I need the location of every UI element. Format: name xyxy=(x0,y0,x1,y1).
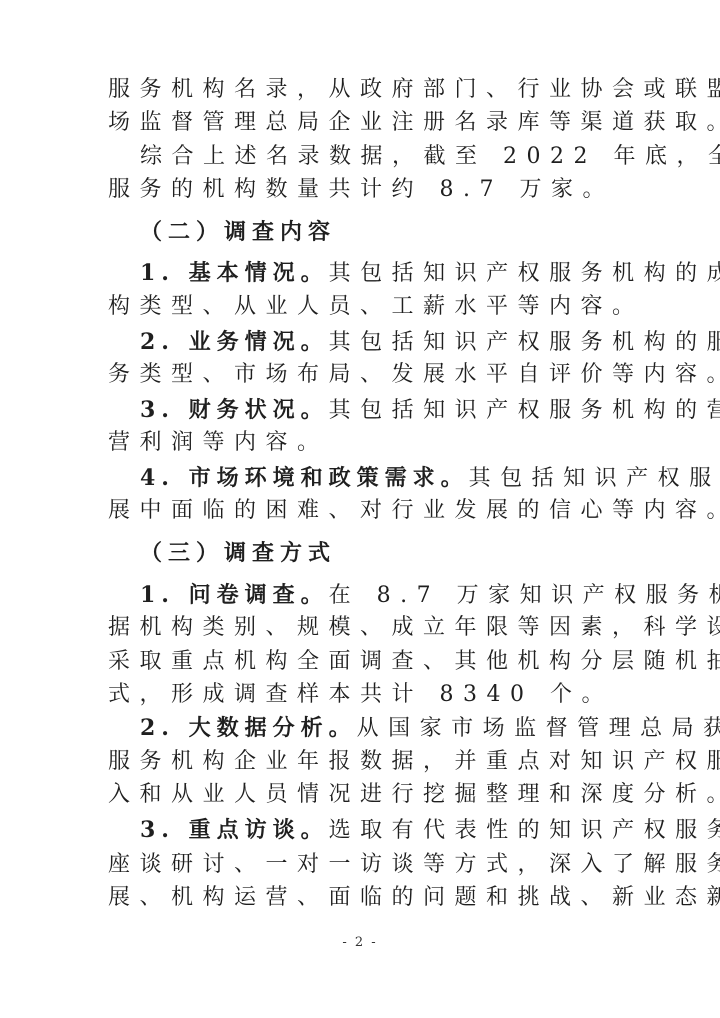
item-text: 选取有代表性的知识产权服务机构，通过 xyxy=(329,818,720,843)
text-line: 务类型、市场布局、发展水平自评价等内容。 xyxy=(108,358,720,392)
item-lead: 4. 市场环境和政策需求。 xyxy=(140,465,469,491)
item-text: 其包括知识产权服务机构的成立年限、机 xyxy=(329,261,720,286)
item-lead: 1. 基本情况。 xyxy=(140,260,329,286)
page-number: - 2 - xyxy=(0,935,720,950)
item-text: 从国家市场监督管理总局获取知识产权 xyxy=(357,716,720,741)
text-line: 展中面临的困难、对行业发展的信心等内容。 xyxy=(108,494,720,528)
list-item-questionnaire: 1. 问卷调查。在 8.7 万家知识产权服务机构名录中，根 xyxy=(140,578,720,612)
text-line: 构类型、从业人员、工薪水平等内容。 xyxy=(108,290,644,324)
list-item-interviews: 3. 重点访谈。选取有代表性的知识产权服务机构，通过 xyxy=(140,813,720,847)
item-lead: 2. 大数据分析。 xyxy=(140,715,357,741)
list-item-big-data: 2. 大数据分析。从国家市场监督管理总局获取知识产权 xyxy=(140,711,720,745)
text-line: 服务机构企业年报数据，并重点对知识产权服务机构营业收 xyxy=(108,745,720,779)
text-line: 场监督管理总局企业注册名录库等渠道获取。 xyxy=(108,106,720,140)
text-line: 入和从业人员情况进行挖掘整理和深度分析。 xyxy=(108,778,720,812)
list-item-basic-info: 1. 基本情况。其包括知识产权服务机构的成立年限、机 xyxy=(140,256,720,290)
list-item-business-info: 2. 业务情况。其包括知识产权服务机构的服务范围、业 xyxy=(140,325,720,359)
item-text: 其包括知识产权服务机构的营业收入、经 xyxy=(329,398,720,423)
item-text: 其包括知识产权服务机构的服务范围、业 xyxy=(329,330,720,355)
document-page: 服务机构名录，从政府部门、行业协会或联盟，以及国家市 场监督管理总局企业注册名录… xyxy=(0,0,720,1018)
list-item-market-policy: 4. 市场环境和政策需求。其包括知识产权服务机构在发 xyxy=(140,461,720,495)
text-line: 展、机构运营、面临的问题和挑战、新业态新模式发展等内 xyxy=(108,881,720,915)
item-text: 其包括知识产权服务机构在发 xyxy=(469,466,720,491)
text-line: 服务的机构数量共计约 8.7 万家。 xyxy=(108,173,614,207)
list-item-financial-status: 3. 财务状况。其包括知识产权服务机构的营业收入、经 xyxy=(140,393,720,427)
text-line: 综合上述名录数据，截至 2022 年底，全国从事知识产权 xyxy=(140,140,720,174)
text-line: 据机构类别、规模、成立年限等因素，科学设计抽样方案， xyxy=(108,611,720,645)
section-heading-survey-methods: （三）调查方式 xyxy=(140,536,336,570)
text-line: 营利润等内容。 xyxy=(108,426,329,460)
item-lead: 3. 重点访谈。 xyxy=(140,817,329,843)
item-lead: 3. 财务状况。 xyxy=(140,397,329,423)
text-line: 座谈研讨、一对一访谈等方式，深入了解服务机构的业务开 xyxy=(108,848,720,882)
text-line: 式，形成调查样本共计 8340 个。 xyxy=(108,678,613,712)
item-lead: 1. 问卷调查。 xyxy=(140,582,329,608)
item-lead: 2. 业务情况。 xyxy=(140,329,329,355)
text-line: 服务机构名录，从政府部门、行业协会或联盟，以及国家市 xyxy=(108,73,720,107)
item-text: 在 8.7 万家知识产权服务机构名录中，根 xyxy=(329,583,720,608)
text-line: 采取重点机构全面调查、其他机构分层随机抽样相结合的方 xyxy=(108,645,720,679)
section-heading-survey-content: （二）调查内容 xyxy=(140,215,336,249)
